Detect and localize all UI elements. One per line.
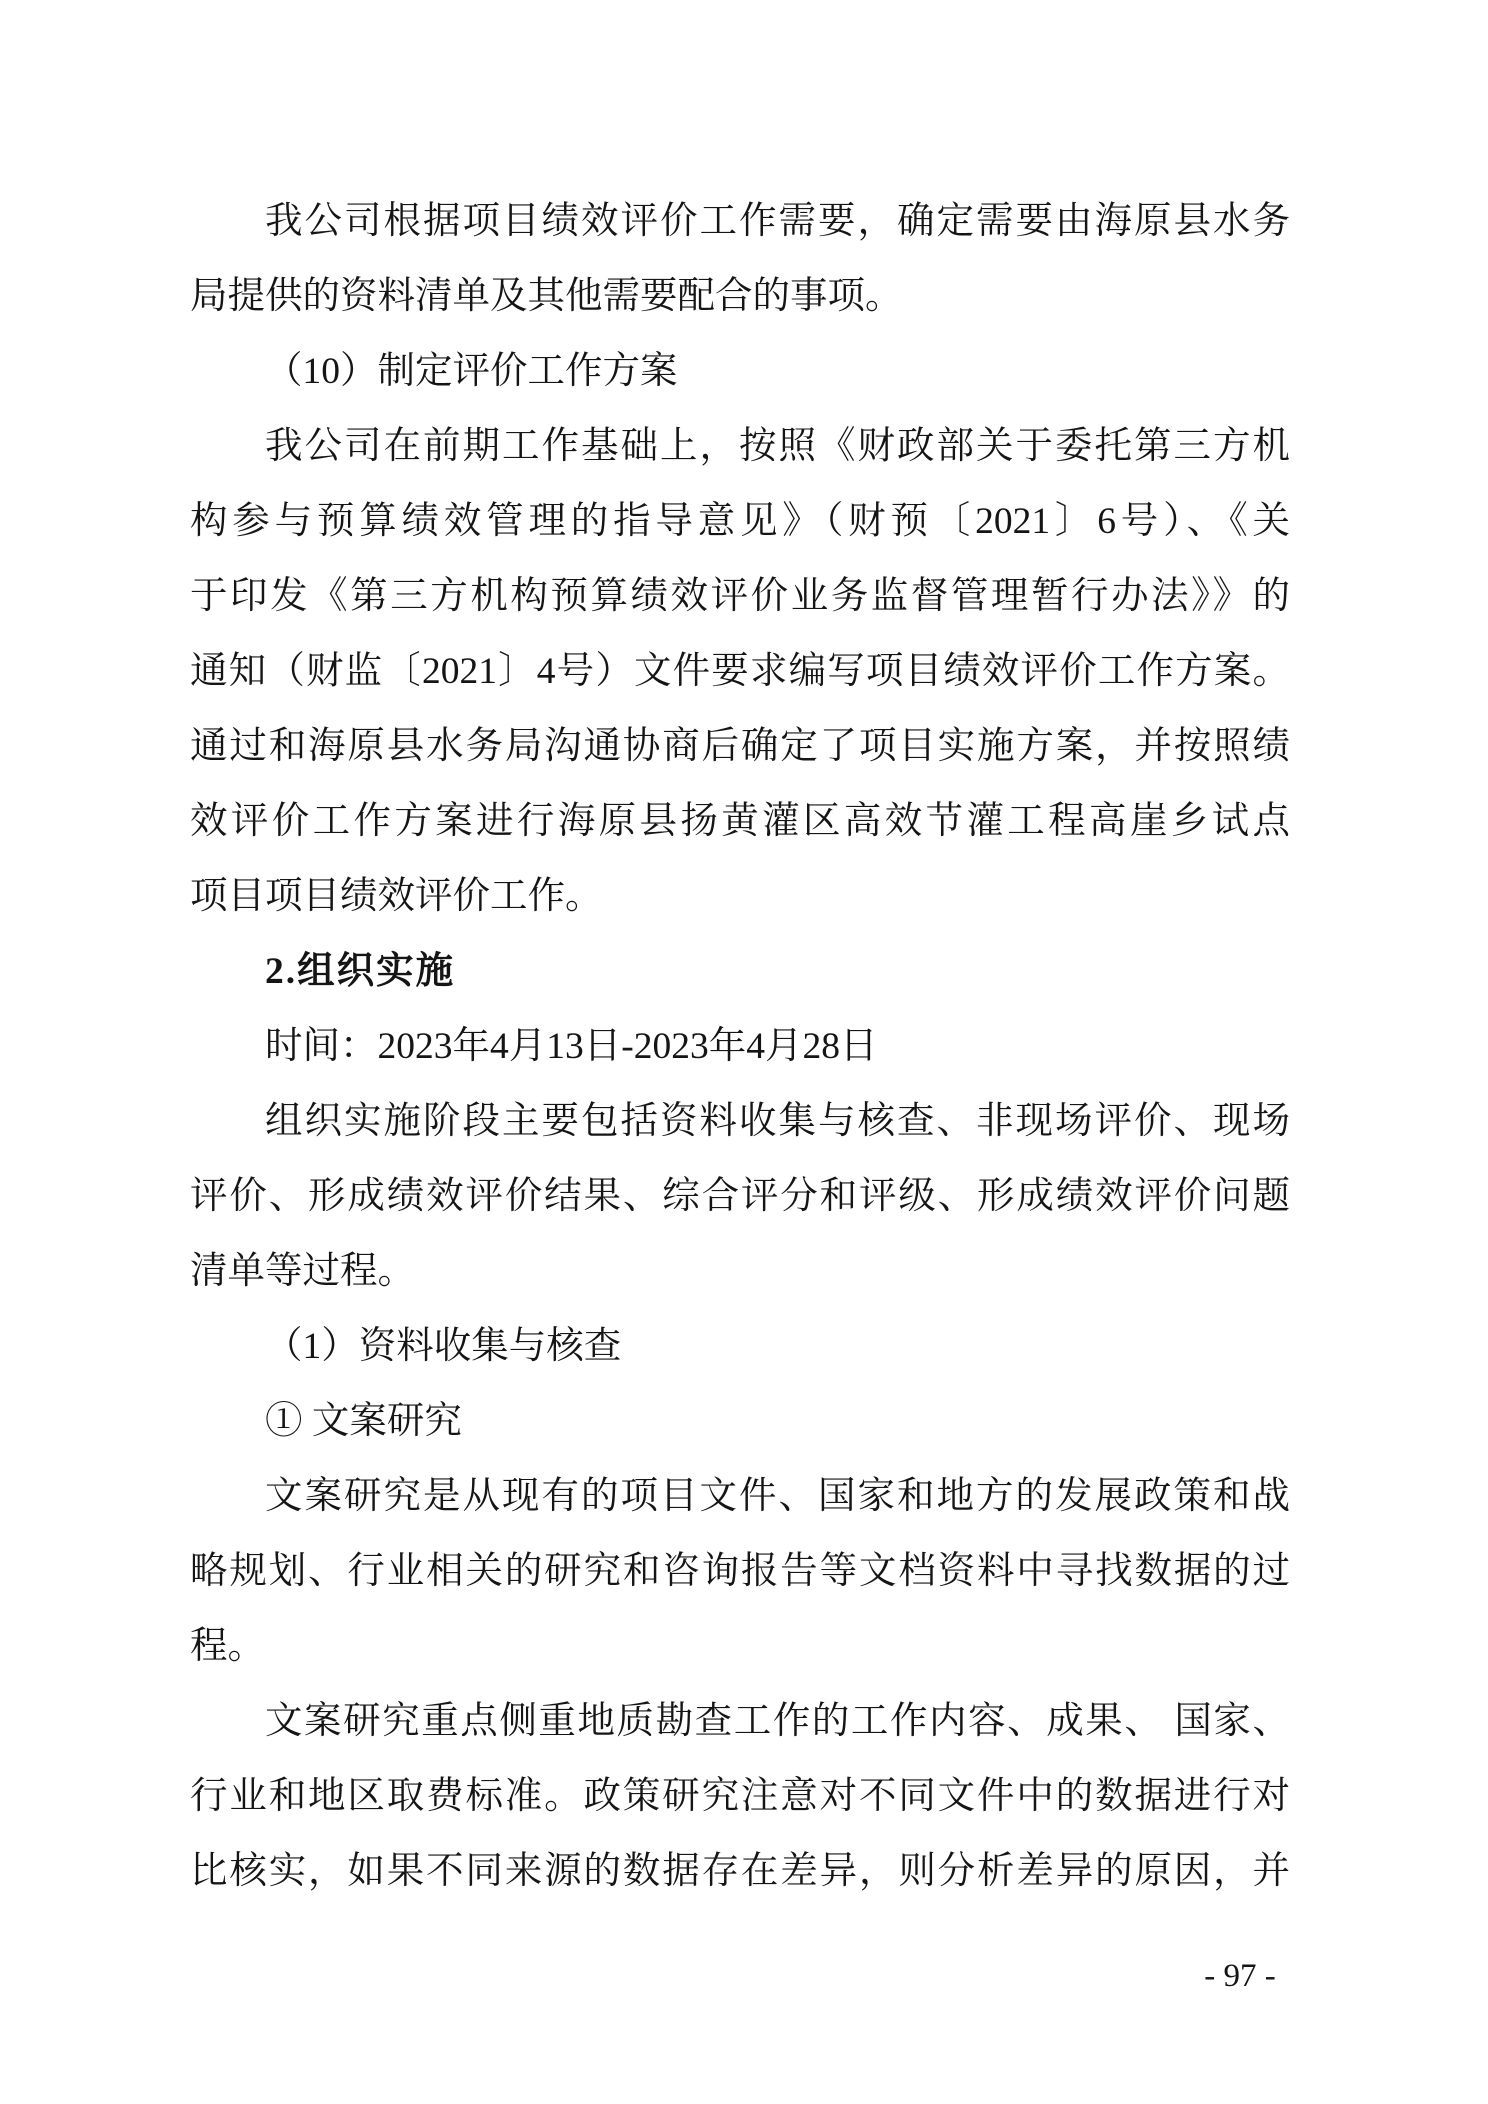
text-line: 局提供的资料清单及其他需要配合的事项。: [190, 259, 1290, 334]
text-line: ① 文案研究: [190, 1384, 1290, 1459]
document-page: 我公司根据项目绩效评价工作需要，确定需要由海原县水务局提供的资料清单及其他需要配…: [0, 0, 1488, 2104]
text-line: 行业和地区取费标准。政策研究注意对不同文件中的数据进行对: [190, 1759, 1290, 1834]
text-line: 通知（财监〔2021〕4号）文件要求编写项目绩效评价工作方案。: [190, 634, 1290, 709]
text-line: 组织实施阶段主要包括资料收集与核查、非现场评价、现场: [190, 1084, 1290, 1159]
text-line: 时间：2023年4月13日-2023年4月28日: [190, 1009, 1290, 1084]
section-heading: 2.组织实施: [190, 934, 1290, 1009]
page-number: - 97 -: [1155, 1953, 1325, 1999]
text-line: 通过和海原县水务局沟通协商后确定了项目实施方案，并按照绩: [190, 709, 1290, 784]
text-line: 构参与预算绩效管理的指导意见》（财预〔2021〕6号）、《关: [190, 484, 1290, 559]
text-block: 我公司根据项目绩效评价工作需要，确定需要由海原县水务局提供的资料清单及其他需要配…: [190, 184, 1290, 1909]
text-line: 于印发《第三方机构预算绩效评价业务监督管理暂行办法》》的: [190, 559, 1290, 634]
text-line: 程。: [190, 1609, 1290, 1684]
text-line: 效评价工作方案进行海原县扬黄灌区高效节灌工程高崖乡试点: [190, 784, 1290, 859]
text-line: 项目项目绩效评价工作。: [190, 859, 1290, 934]
text-line: （10）制定评价工作方案: [190, 334, 1290, 409]
text-line: 文案研究是从现有的项目文件、国家和地方的发展政策和战: [190, 1459, 1290, 1534]
text-line: 评价、形成绩效评价结果、综合评分和评级、形成绩效评价问题: [190, 1159, 1290, 1234]
text-line: （1）资料收集与核查: [190, 1309, 1290, 1384]
text-line: 文案研究重点侧重地质勘查工作的工作内容、成果、 国家、: [190, 1684, 1290, 1759]
text-line: 略规划、行业相关的研究和咨询报告等文档资料中寻找数据的过: [190, 1534, 1290, 1609]
text-line: 清单等过程。: [190, 1234, 1290, 1309]
text-line: 我公司根据项目绩效评价工作需要，确定需要由海原县水务: [190, 184, 1290, 259]
text-line: 比核实，如果不同来源的数据存在差异，则分析差异的原因，并: [190, 1834, 1290, 1909]
text-line: 我公司在前期工作基础上，按照《财政部关于委托第三方机: [190, 409, 1290, 484]
